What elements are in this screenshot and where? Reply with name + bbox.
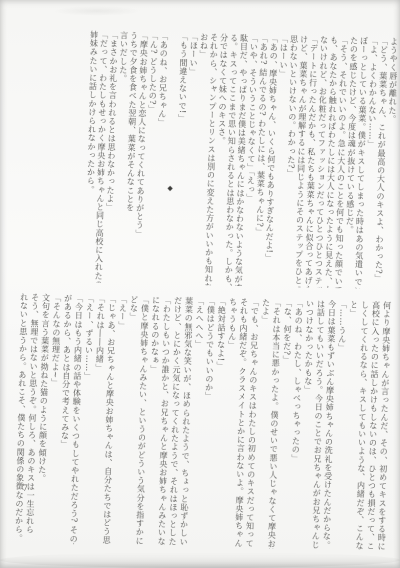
scanned-book-page: ようやく唇が離れた。「どう、葉菜ちゃん、これが最高の大人のキスよ、わかった?」「…	[0, 0, 400, 568]
scan-layer: ようやく唇が離れた。「どう、葉菜ちゃん、これが最高の大人のキスよ、わかった?」「…	[0, 0, 400, 568]
text-block-top: ようやく唇が離れた。「どう、葉菜ちゃん、これが最高の大人のキスよ、わかった?」「…	[83, 30, 399, 289]
page-number: 7	[22, 484, 29, 494]
text-block-bottom: 何より摩央姉ちゃんが言ったんだ、その、初めてキスをする時に、同じ高校に入ったのに…	[13, 293, 393, 551]
